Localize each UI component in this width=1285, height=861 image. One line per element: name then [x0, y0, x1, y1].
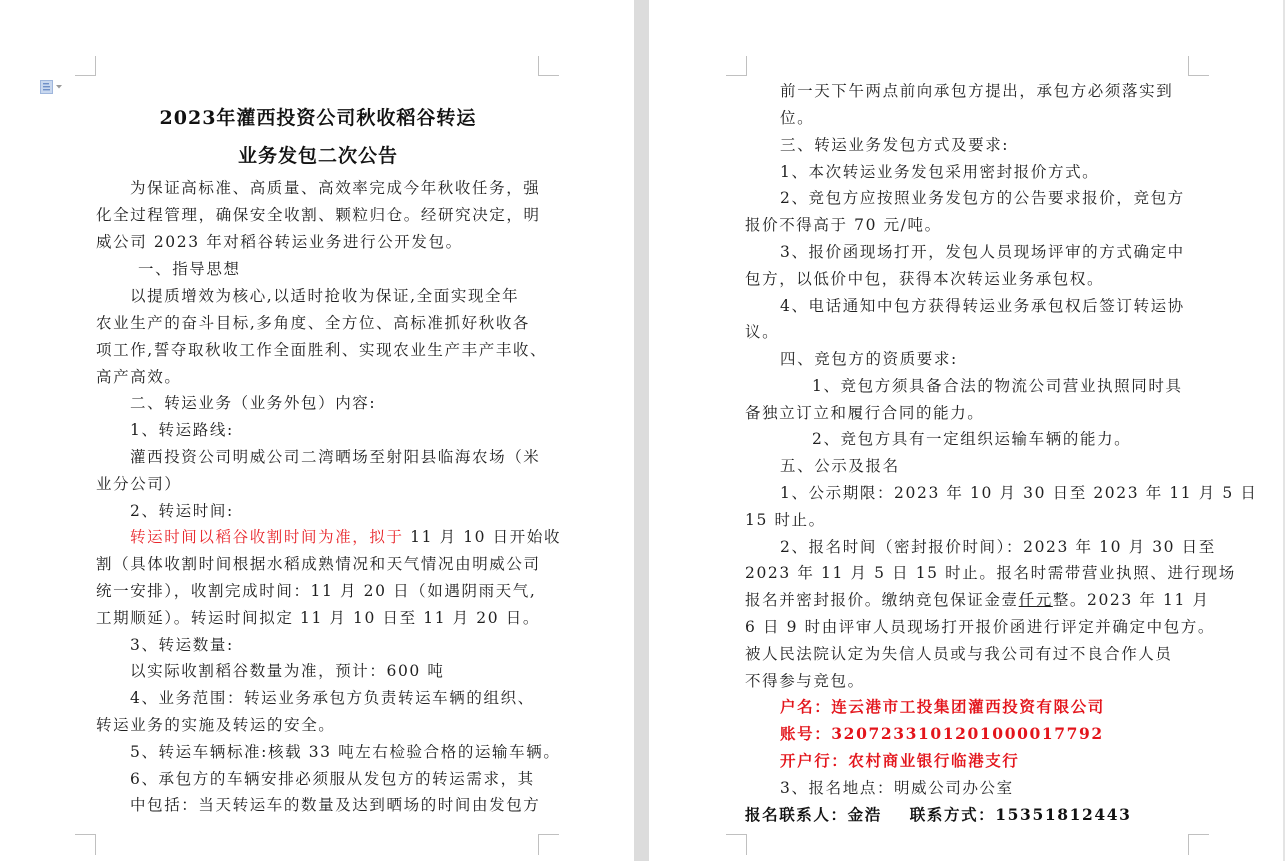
section-heading-1: 一、指导思想: [138, 259, 241, 279]
document-icon: [40, 80, 53, 94]
bank-name: 开户行：农村商业银行临港支行: [780, 751, 1019, 771]
paragraph-line-highlighted: 转运时间以稻谷收割时间为准，拟于 11 月 10 日开始收: [130, 527, 561, 547]
paragraph-line: 中包括：当天转运车的数量及达到晒场的时间由发包方: [130, 795, 540, 815]
paragraph-line: 项工作,誓夺取秋收工作全面胜利、实现农业生产丰产丰收、: [96, 340, 547, 360]
paragraph-line: 2023 年 11 月 5 日 15 时止。报名时需带营业执照、进行现场: [745, 563, 1236, 583]
paragraph-line: 1、转运路线:: [130, 420, 234, 440]
page-corner-mark: [75, 56, 96, 76]
paragraph-line: 3、报价函现场打开，发包人员现场评审的方式确定中: [780, 242, 1185, 262]
document-title-line-2: 业务发包二次公告: [96, 141, 540, 168]
section-heading-3: 三、转运业务发包方式及要求:: [780, 135, 1009, 155]
paragraph-line: 2、报名时间（密封报价时间）：2023 年 10 月 30 日至: [780, 537, 1216, 557]
paragraph-line: 包方，以低价中包，获得本次转运业务承包权。: [745, 269, 1104, 289]
page-corner-mark: [75, 834, 96, 855]
page-corner-mark: [538, 834, 559, 855]
section-heading-4: 四、竞包方的资质要求:: [780, 349, 958, 369]
paragraph-line: 为保证高标准、高质量、高效率完成今年秋收任务，强: [130, 178, 540, 198]
registration-location: 3、报名地点：明威公司办公室: [780, 778, 1014, 798]
paragraph-line: 2、竞包方应按照业务发包方的公告要求报价，竞包方: [780, 188, 1185, 208]
paragraph-line: 威公司 2023 年对稻谷转运业务进行公开发包。: [96, 232, 463, 252]
paragraph-line: 1、竞包方须具备合法的物流公司营业执照同时具: [812, 376, 1183, 396]
paragraph-line: 4、业务范围：转运业务承包方负责转运车辆的组织、: [130, 688, 535, 708]
paragraph-line: 15 时止。: [745, 510, 826, 530]
section-heading-2: 二、转运业务（业务外包）内容:: [130, 393, 376, 413]
deposit-amount-underlined: 仟元: [1019, 591, 1053, 609]
paragraph-line: 2、竞包方具有一定组织运输车辆的能力。: [812, 429, 1131, 449]
paragraph-line: 转运业务的实施及转运的安全。: [96, 715, 335, 735]
paragraph-line: 位。: [780, 108, 814, 128]
paragraph-line: 议。: [745, 322, 779, 342]
chevron-down-icon: [56, 85, 62, 89]
section-heading-5: 五、公示及报名: [780, 456, 900, 476]
page-corner-mark: [1188, 56, 1209, 76]
paragraph-line: 割（具体收割时间根据水稻成熟情况和天气情况由明威公司: [96, 554, 541, 574]
black-text: 11 月 10 日开始收: [404, 528, 561, 546]
document-title-line-1: 2023年灌西投资公司秋收稻谷转运: [96, 103, 540, 130]
page-corner-mark: [1188, 834, 1209, 855]
contact-info: 报名联系人：金浩 联系方式：15351812443: [745, 805, 1132, 825]
paragraph-line: 化全过程管理，确保安全收割、颗粒归仓。经研究决定，明: [96, 205, 541, 225]
document-page-2: 前一天下午两点前向承包方提出，承包方必须落实到 位。 三、转运业务发包方式及要求…: [649, 0, 1283, 861]
page-separator: [634, 0, 649, 861]
bank-account-number: 账号：32072331012010000177​92: [780, 724, 1104, 744]
paragraph-line: 1、公示期限：2023 年 10 月 30 日至 2023 年 11 月 5 日: [780, 483, 1257, 503]
paragraph-line: 备独立订立和履行合同的能力。: [745, 403, 984, 423]
paragraph-line: 统一安排），收割完成时间：11 月 20 日（如遇阴雨天气,: [96, 581, 536, 601]
paragraph-line: 工期顺延）。转运时间拟定 11 月 10 日至 11 月 20 日。: [96, 608, 540, 628]
deposit-text-after: 整。2023 年 11 月: [1053, 591, 1210, 609]
paragraph-line: 2、转运时间:: [130, 501, 234, 521]
bank-account-name: 户名：连云港市工投集团灌西投资有限公司: [780, 697, 1105, 717]
paragraph-line: 农业生产的奋斗目标,多角度、全方位、高标准抓好秋收各: [96, 313, 530, 333]
document-page-1: 2023年灌西投资公司秋收稻谷转运 业务发包二次公告 为保证高标准、高质量、高效…: [0, 0, 634, 861]
paragraph-line: 以实际收割稻谷数量为准，预计：600 吨: [130, 661, 445, 681]
document-map-button[interactable]: [40, 80, 66, 94]
page-corner-mark: [538, 56, 559, 76]
paragraph-line: 1、本次转运业务发包采用密封报价方式。: [780, 162, 1099, 182]
paragraph-line: 不得参与竞包。: [745, 671, 865, 691]
paragraph-line: 灌西投资公司明威公司二湾晒场至射阳县临海农场（米: [130, 447, 540, 467]
paragraph-line: 业分公司）: [96, 474, 182, 494]
paragraph-line-deposit: 报名并密封报价。缴纳竞包保证金壹仟元整。2023 年 11 月: [745, 590, 1210, 610]
page-corner-mark: [726, 56, 747, 76]
paragraph-line: 6、承包方的车辆安排必须服从发包方的转运需求，其: [130, 769, 535, 789]
paragraph-line: 前一天下午两点前向承包方提出，承包方必须落实到: [780, 81, 1173, 101]
paragraph-line: 报价不得高于 70 元/吨。: [745, 215, 942, 235]
paragraph-line: 4、电话通知中包方获得转运业务承包权后签订转运协: [780, 296, 1185, 316]
paragraph-line: 以提质增效为核心,以适时抢收为保证,全面实现全年: [130, 286, 519, 306]
deposit-text: 报名并密封报价。缴纳竞包保证金壹: [745, 591, 1019, 609]
paragraph-line: 高产高效。: [96, 367, 182, 387]
paragraph-line: 3、转运数量:: [130, 635, 234, 655]
paragraph-line: 被人民法院认定为失信人员或与我公司有过不良合作人员: [745, 644, 1173, 664]
paragraph-line: 5、转运车辆标准:核载 33 吨左右检验合格的运输车辆。: [130, 742, 560, 762]
paragraph-line: 6 日 9 时由评审人员现场打开报价函进行评定并确定中包方。: [745, 617, 1215, 637]
page-corner-mark: [726, 834, 747, 855]
red-text: 转运时间以稻谷收割时间为准，拟于: [130, 528, 404, 546]
